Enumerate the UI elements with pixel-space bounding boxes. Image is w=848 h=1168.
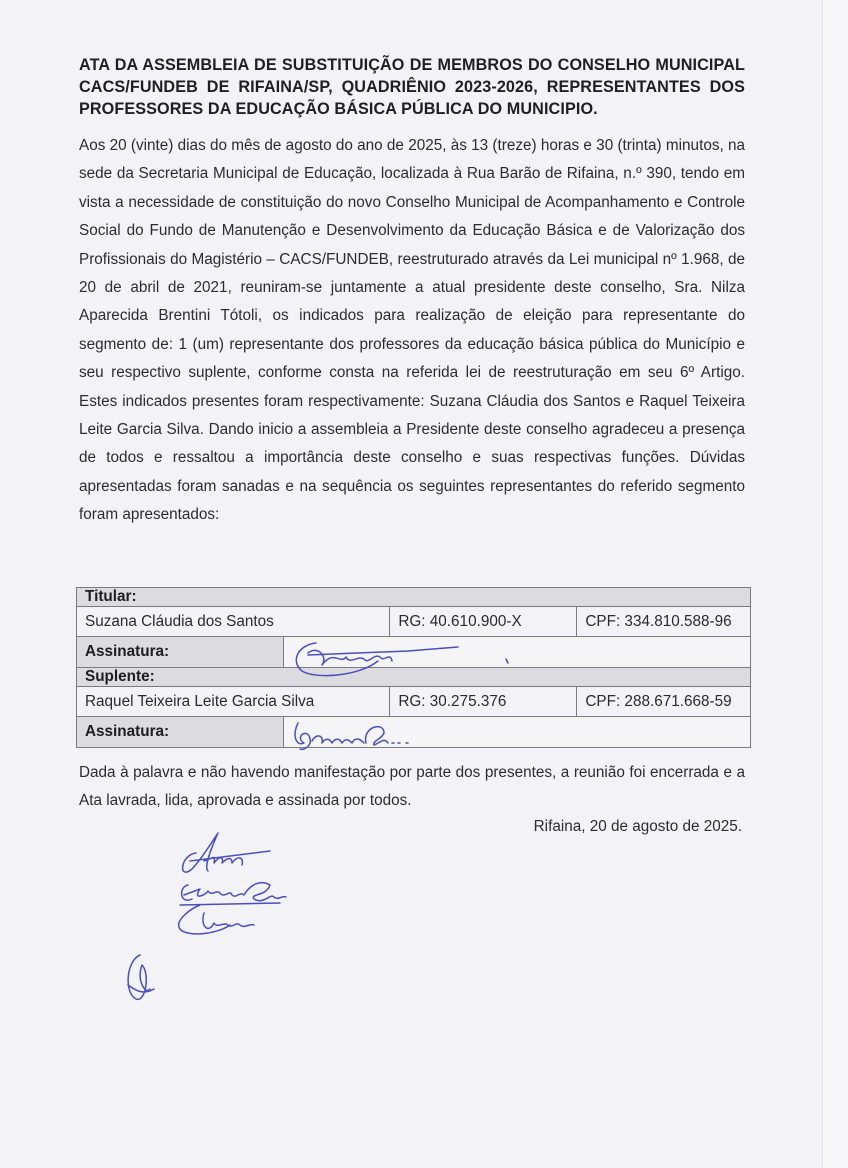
page-edge (822, 0, 848, 1168)
titular-cpf: CPF: 334.810.588-96 (577, 607, 751, 637)
suplente-name: Raquel Teixeira Leite Garcia Silva (77, 687, 390, 717)
suplente-signature-icon (288, 713, 488, 757)
titular-header: Titular: (77, 588, 751, 607)
bottom-signatures-icon (120, 825, 340, 1035)
suplente-signature-cell (284, 717, 751, 748)
closing-paragraph: Dada à palavra e não havendo manifestaçã… (79, 759, 745, 816)
members-table: Titular: Suzana Cláudia dos Santos RG: 4… (76, 587, 751, 748)
titular-signature-row: Assinatura: (77, 637, 751, 668)
suplente-rg: RG: 30.275.376 (390, 687, 577, 717)
suplente-cpf: CPF: 288.671.668-59 (577, 687, 751, 717)
suplente-signature-label: Assinatura: (77, 717, 284, 748)
place-and-date: Rifaina, 20 de agosto de 2025. (534, 818, 742, 836)
titular-signature-label: Assinatura: (77, 637, 284, 668)
titular-signature-cell (284, 637, 751, 668)
document-title: ATA DA ASSEMBLEIA DE SUBSTITUIÇÃO DE MEM… (79, 54, 745, 120)
body-paragraph: Aos 20 (vinte) dias do mês de agosto do … (79, 132, 745, 530)
document-body: ATA DA ASSEMBLEIA DE SUBSTITUIÇÃO DE MEM… (79, 54, 745, 530)
titular-header-row: Titular: (77, 588, 751, 607)
titular-signature-icon (288, 631, 488, 681)
suplente-signature-row: Assinatura: (77, 717, 751, 748)
table-row: Raquel Teixeira Leite Garcia Silva RG: 3… (77, 687, 751, 717)
